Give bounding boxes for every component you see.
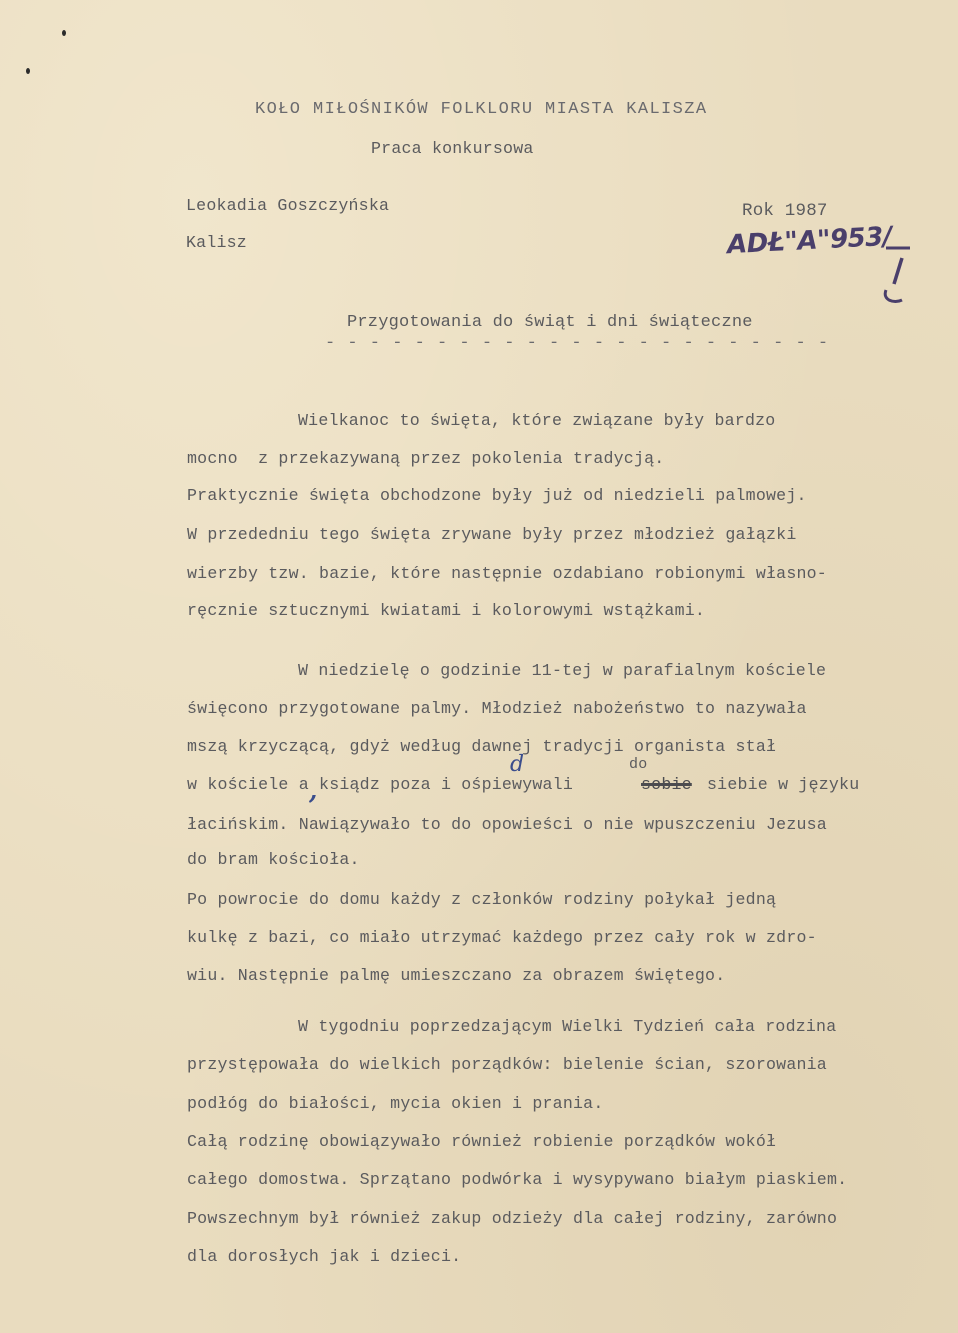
title-underline: - - - - - - - - - - - - - - - - - - - - … xyxy=(325,334,829,353)
text-line: Po powrocie do domu każdy z członków rod… xyxy=(187,890,776,909)
text-line: do bram kościoła. xyxy=(187,850,360,869)
organization-header: KOŁO MIŁOŚNIKÓW FOLKLORU MIASTA KALISZA xyxy=(255,100,707,119)
inserted-word: do xyxy=(629,756,647,773)
text-line: Wielkanoc to święta, które związane były… xyxy=(298,411,775,430)
document-subtitle: Praca konkursowa xyxy=(371,139,534,158)
text-line: Powszechnym był również zakup odzieży dl… xyxy=(187,1209,837,1228)
text-line: podłóg do białości, mycia okien i prania… xyxy=(187,1094,603,1113)
handwritten-letter: d xyxy=(510,752,524,777)
text-line: Praktycznie święta obchodzone były już o… xyxy=(187,486,807,505)
text-line: przystępowała do wielkich porządków: bie… xyxy=(187,1055,827,1074)
text-line: święcono przygotowane palmy. Młodzież na… xyxy=(187,699,807,718)
text-line: wiu. Następnie palmę umieszczano za obra… xyxy=(187,966,725,985)
author-city: Kalisz xyxy=(186,233,247,252)
text-line: dla dorosłych jak i dzieci. xyxy=(187,1247,461,1266)
document-page: KOŁO MIŁOŚNIKÓW FOLKLORU MIASTA KALISZA … xyxy=(0,0,958,1333)
paper-speck xyxy=(26,68,30,74)
text-line: łacińskim. Nawiązywało to do opowieści o… xyxy=(187,815,827,834)
document-year: Rok 1987 xyxy=(742,201,828,221)
struck-word: sobie xyxy=(641,775,692,794)
text-line: ręcznie sztucznymi kwiatami i kolorowymi… xyxy=(187,601,705,620)
text-line: wierzby tzw. bazie, które następnie ozda… xyxy=(187,564,827,583)
text-line: W tygodniu poprzedzającym Wielki Tydzień… xyxy=(298,1017,836,1036)
author-name: Leokadia Goszczyńska xyxy=(186,196,389,215)
text-line: mszą krzyczącą, gdyż według dawnej trady… xyxy=(187,737,776,756)
text-line: w kościele a ksiądz poza i ośpiewywali xyxy=(187,775,573,794)
text-line: W niedzielę o godzinie 11-tej w parafial… xyxy=(298,661,826,680)
document-title: Przygotowania do świąt i dni świąteczne xyxy=(347,313,753,332)
text-line: Całą rodzinę obowiązywało również robien… xyxy=(187,1132,776,1151)
text-line-continuation: siebie w języku xyxy=(707,775,859,794)
text-line: mocno z przekazywaną przez pokolenia tra… xyxy=(187,449,664,468)
paper-speck xyxy=(62,30,66,36)
text-line: kulkę z bazi, co miało utrzymać każdego … xyxy=(187,928,817,947)
archive-signature: ADŁ"A"953/ xyxy=(726,222,892,261)
handwritten-comma: , xyxy=(309,776,317,805)
text-line: całego domostwa. Sprzątano podwórka i wy… xyxy=(187,1170,847,1189)
archive-signature-mark-icon xyxy=(880,244,920,304)
text-line: W przededniu tego święta zrywane były pr… xyxy=(187,525,796,544)
